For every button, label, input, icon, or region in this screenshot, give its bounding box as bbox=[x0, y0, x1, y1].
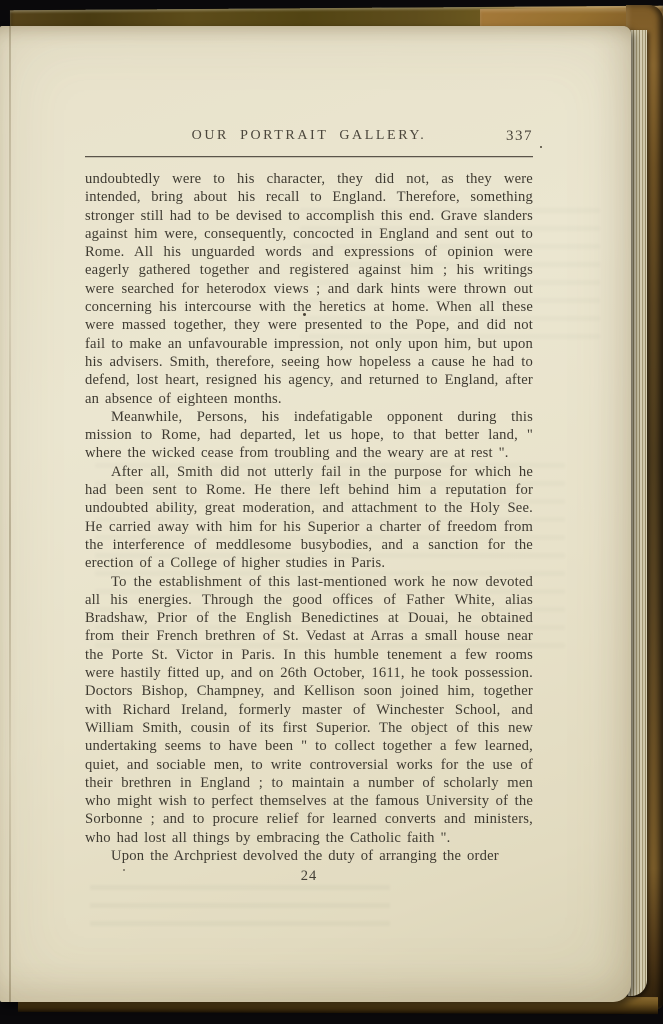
page-number: 337 bbox=[506, 128, 533, 145]
show-through-smudge bbox=[90, 878, 390, 928]
book-photo: OUR PORTRAIT GALLERY. 337 undoubtedly we… bbox=[0, 0, 663, 1024]
paragraph-4: To the establishment of this last-mentio… bbox=[85, 573, 533, 847]
paragraph-3: After all, Smith did not utterly fail in… bbox=[85, 463, 533, 573]
page-gutter-crease bbox=[9, 26, 11, 1002]
paragraph-1: undoubtedly were to his character, they … bbox=[85, 170, 533, 408]
body-text: undoubtedly were to his character, they … bbox=[85, 170, 533, 865]
paragraph-5: Upon the Archpriest devolved the duty of… bbox=[85, 847, 533, 865]
book-page: OUR PORTRAIT GALLERY. 337 undoubtedly we… bbox=[0, 26, 631, 1002]
header-rule bbox=[85, 156, 533, 157]
text-block: OUR PORTRAIT GALLERY. 337 undoubtedly we… bbox=[85, 26, 533, 885]
paragraph-2: Meanwhile, Persons, his indefatigable op… bbox=[85, 408, 533, 463]
signature-mark: 24 bbox=[85, 868, 533, 885]
running-header-title: OUR PORTRAIT GALLERY. bbox=[192, 128, 427, 143]
running-header: OUR PORTRAIT GALLERY. 337 bbox=[85, 128, 533, 147]
foxing-speck bbox=[540, 146, 542, 148]
